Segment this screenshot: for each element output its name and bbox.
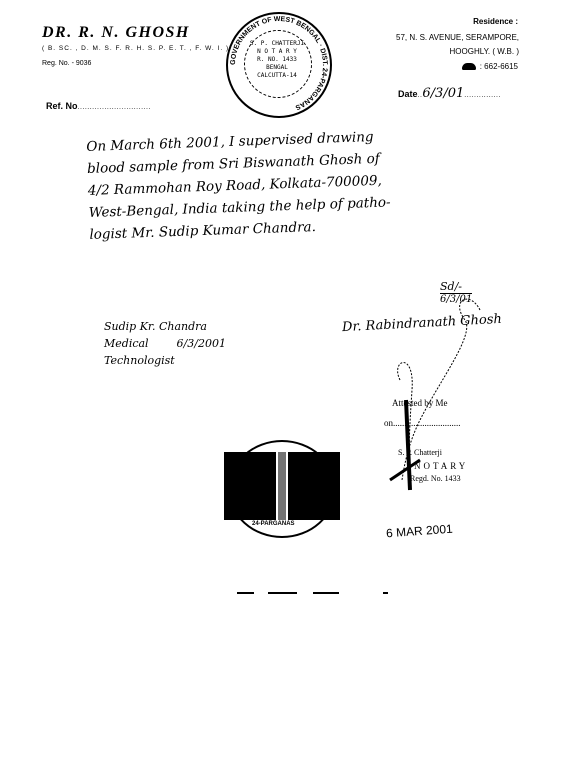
svg-text:GOVERNMENT OF WEST BENGAL · DI: GOVERNMENT OF WEST BENGAL · DIST. 24-PAR… [230,16,328,111]
on-label: on [384,418,393,428]
doctor-name: DR. R. N. GHOSH [42,24,190,42]
date-line: Date..6/3/01............... [398,86,501,101]
ref-label: Ref. No [46,101,78,111]
residence-label: Residence : [473,17,518,26]
address-line-2: HOOGHLY. ( W.B. ) [450,47,520,56]
date-value: 6/3/01 [422,86,464,101]
address-line-1: 57, N. S. AVENUE, SERAMPORE, [396,33,519,42]
qualifications: ( B. SC. , D. M. S. F. R. H. S. P. E. T.… [42,45,229,52]
date-stamp: 6 MAR 2001 [386,522,454,541]
divider [237,592,254,594]
telephone-icon [462,63,476,70]
notary-seal-bottom: 24-PARGANAS [222,442,338,530]
date-label: Date [398,89,418,99]
notary-title: NOTARY [414,461,468,471]
technologist-signature: Sudip Kr. Chandra Medical 6/3/2001 Techn… [104,318,226,369]
on-dots: .............................. [393,418,461,428]
divider [313,592,339,594]
phone: : 662-6615 [462,62,518,71]
ref-dots: .............................. [78,104,151,111]
reference-number: Ref. No.............................. [46,101,151,111]
notary-registration: Regd. No. 1433 [410,474,461,483]
seal-bottom-text: 24-PARGANAS [252,521,295,527]
date-dots: ............... [464,92,501,99]
attested-by-me: Attested by Me [392,398,448,408]
notary-name: S. P. Chatterji [398,448,442,457]
divider [383,592,388,594]
divider [268,592,297,594]
phone-number: : 662-6615 [480,62,518,71]
attested-on: on.............................. [384,418,461,428]
registration-number: Reg. No. - 9036 [42,60,91,67]
signature-line: Medical 6/3/2001 [104,335,226,352]
signature-line: Technologist [104,352,226,369]
certificate-body: On March 6th 2001, I supervised drawing … [86,120,550,246]
seal-ring-text: GOVERNMENT OF WEST BENGAL · DIST. 24-PAR… [226,12,332,118]
signature-line: Sudip Kr. Chandra [104,318,226,335]
